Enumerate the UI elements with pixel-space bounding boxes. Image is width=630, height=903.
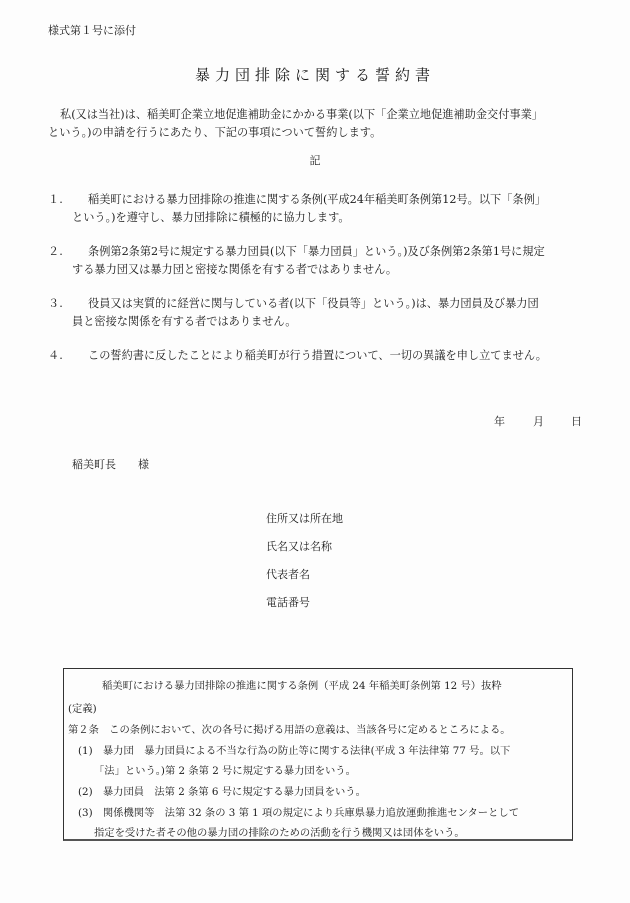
field-representative-label: 代表者名: [266, 566, 310, 582]
excerpt-article: 第２条 この条例において、次の各号に掲げる用語の意義は、当該各号に定めるところに…: [68, 721, 511, 736]
ordinance-excerpt-box: 稲美町における暴力団排除の推進に関する条例（平成 24 年稲美町条例第 12 号…: [63, 668, 573, 841]
item-text-line-1: 役員又は実質的に経営に関与している者(以下「役員等」という。)は、暴力団員及び暴…: [88, 297, 539, 310]
item-text-line-2: 員と密接な関係を有する者ではありません。: [48, 313, 539, 331]
date-day-label: 日: [571, 413, 582, 429]
excerpt-heading: 稲美町における暴力団排除の推進に関する条例（平成 24 年稲美町条例第 12 号…: [102, 677, 502, 692]
pledge-item-1: １.稲美町における暴力団排除の推進に関する条例(平成24年稲美町条例第12号。以…: [48, 191, 546, 227]
intro-line-1: 私(又は当社)は、稲美町企業立地促進補助金にかかる事業(以下「企業立地促進補助金…: [48, 106, 543, 124]
item-number: ４.: [48, 347, 88, 365]
pledge-item-4: ４.この誓約書に反したことにより稲美町が行う措置について、一切の異議を申し立てま…: [48, 347, 547, 365]
definition-3-line-2: 指定を受けた者その他の暴力団の排除のための活動を行う機関又は団体をいう。: [94, 824, 465, 839]
item-text-line-2: する暴力団又は暴力団と密接な関係を有する者ではありません。: [48, 261, 545, 279]
field-phone-label: 電話番号: [266, 594, 310, 610]
excerpt-caption: (定義): [68, 700, 97, 715]
addressee-name: 稲美町長: [72, 458, 116, 471]
definition-2: (2) 暴力団員 法第 2 条第 6 号に規定する暴力団員をいう。: [78, 783, 366, 798]
item-text-line-1: この誓約書に反したことにより稲美町が行う措置について、一切の異議を申し立てません…: [88, 349, 547, 362]
field-name-label: 氏名又は名称: [266, 538, 332, 554]
intro-line-2: という。)の申請を行うにあたり、下記の事項について誓約します。: [48, 124, 543, 142]
addressee: 稲美町長様: [72, 456, 149, 472]
pledge-item-3: ３.役員又は実質的に経営に関与している者(以下「役員等」という。)は、暴力団員及…: [48, 295, 539, 331]
ki-heading: 記: [0, 152, 630, 168]
definition-1-line-1: (1) 暴力団 暴力団員による不当な行為の防止等に関する法律(平成 3 年法律第…: [78, 742, 510, 757]
item-text-line-1: 条例第2条第2号に規定する暴力団員(以下「暴力団員」という。)及び条例第2条第1…: [88, 245, 545, 258]
item-number: １.: [48, 191, 88, 209]
form-number-label: 様式第１号に添付: [48, 22, 136, 38]
intro-paragraph: 私(又は当社)は、稲美町企業立地促進補助金にかかる事業(以下「企業立地促進補助金…: [48, 106, 543, 142]
field-address-label: 住所又は所在地: [266, 510, 343, 526]
definition-3-line-1: (3) 関係機関等 法第 32 条の 3 第 1 項の規定により兵庫県暴力追放運…: [78, 804, 519, 819]
item-text-line-1: 稲美町における暴力団排除の推進に関する条例(平成24年稲美町条例第12号。以下「…: [88, 193, 546, 206]
definition-1-line-2: 「法」という。)第 2 条第 2 号に規定する暴力団をいう。: [94, 762, 356, 777]
addressee-honorific: 様: [138, 458, 149, 471]
item-number: ２.: [48, 243, 88, 261]
pledge-item-2: ２.条例第2条第2号に規定する暴力団員(以下「暴力団員」という。)及び条例第2条…: [48, 243, 545, 279]
document-title: 暴力団排除に関する誓約書: [0, 64, 630, 85]
item-text-line-2: という。)を遵守し、暴力団排除に積極的に協力します。: [48, 209, 546, 227]
date-year-label: 年: [494, 413, 505, 429]
item-number: ３.: [48, 295, 88, 313]
date-month-label: 月: [533, 413, 544, 429]
